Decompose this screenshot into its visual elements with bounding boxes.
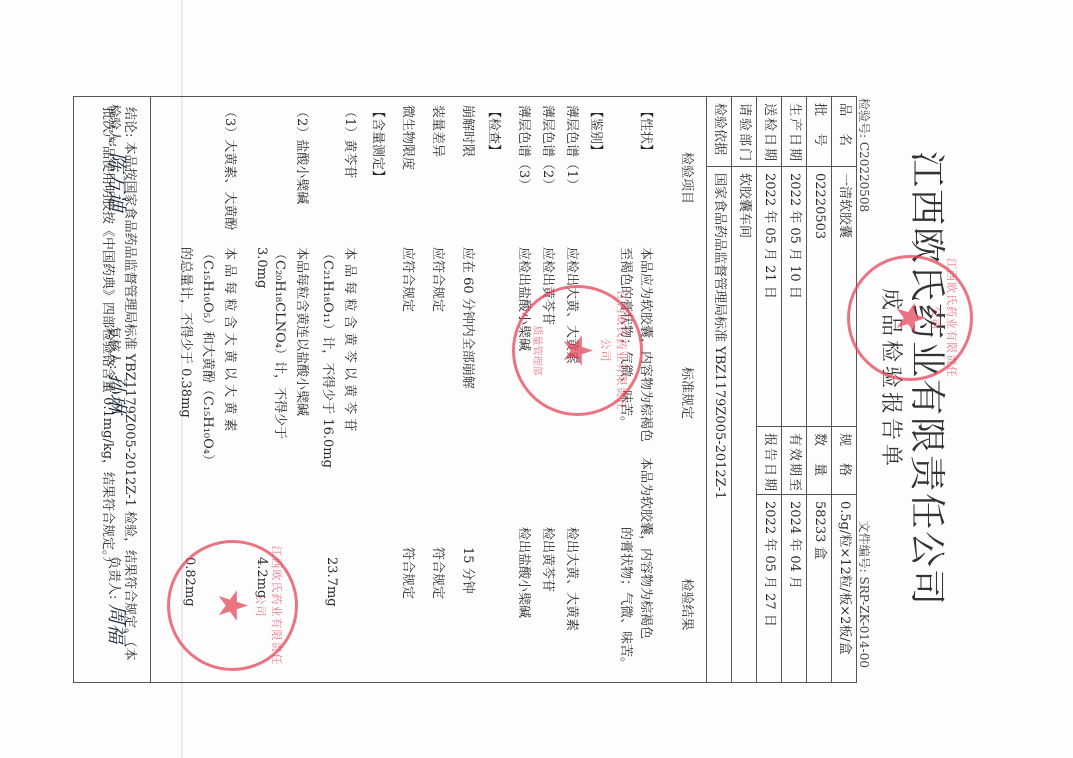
expiry-label: 有效期至 bbox=[781, 427, 806, 495]
loading-result: 符合规定 bbox=[430, 547, 449, 599]
file-number-value: SRP-ZK-014-00 bbox=[857, 577, 871, 668]
baicalin-item: （1）黄芩苷 bbox=[342, 105, 361, 178]
disintegration-standard: 应在 60 分钟内全部崩解 bbox=[460, 247, 479, 389]
column-header-result: 检验结果 bbox=[679, 533, 698, 676]
file-number: 文件编号: SRP-ZK-014-00 bbox=[856, 521, 873, 668]
berberine-standard-2: （C₂₀H₁₈CLNO₄）计，不得少于 bbox=[272, 247, 291, 439]
microbial-result: 符合规定 bbox=[400, 547, 419, 599]
supervisor-label: 负责人: bbox=[106, 556, 121, 599]
tlc3-standard: 应检出盐酸小檗碱 bbox=[516, 247, 535, 351]
berberine-result: 4.2mg bbox=[254, 557, 269, 598]
batch: 02220503 bbox=[806, 167, 831, 427]
quantity: 58233 盒 bbox=[806, 495, 831, 682]
disintegration-item: 崩解时限 bbox=[460, 105, 479, 157]
appearance-result-1: 本品为软胶囊，内容物为棕褐色 bbox=[638, 457, 657, 639]
report-date: 2022 年 05 月 27 日 bbox=[756, 495, 781, 682]
loading-item: 装量差异 bbox=[430, 105, 449, 157]
submission-date-label: 送检日期 bbox=[756, 97, 781, 167]
report-date-label: 报告日期 bbox=[756, 427, 781, 495]
berberine-standard-1: 本品每粒含黄连以盐酸小檗碱 bbox=[294, 247, 313, 416]
basis-label: 检验依据 bbox=[707, 97, 731, 167]
emodin-item: （3）大黄素、大黄酚 bbox=[222, 105, 241, 230]
expiry: 2024 年 04 月 bbox=[781, 495, 806, 682]
column-header-standard: 标准规定 bbox=[679, 253, 698, 533]
berberine-item: （2）盐酸小檗碱 bbox=[294, 105, 313, 204]
emodin-standard-2: （C₁₅H₁₀O₅）和大黄酚（C₁₅H₁₀O₄） bbox=[200, 247, 219, 467]
file-number-label: 文件编号: bbox=[857, 521, 871, 573]
product-info-grid: 品 名 一清软胶囊 规 格 0.5g/粒×12粒/板×2板/盒 批 号 0222… bbox=[731, 97, 856, 682]
tlc2-result: 检出黄芩苷 bbox=[540, 527, 559, 592]
product-name: 一清软胶囊 bbox=[831, 167, 856, 427]
section-inspection: 【检查】 bbox=[486, 105, 505, 157]
tlc3-result: 检出盐酸小檗碱 bbox=[516, 527, 535, 618]
appearance-result-2: 的膏状物；气微、味苦。 bbox=[618, 527, 637, 670]
report-table: 品 名 一清软胶囊 规 格 0.5g/粒×12粒/板×2板/盒 批 号 0222… bbox=[73, 96, 857, 683]
inspector-signature: 陈万迪 bbox=[105, 152, 129, 212]
section-assay: 【含量测定】 bbox=[370, 105, 389, 183]
quantity-label: 数 量 bbox=[806, 427, 831, 495]
emodin-standard-3: 的总量计，不得少于 0.38mg bbox=[178, 247, 197, 418]
column-header-item: 检验项目 bbox=[679, 103, 698, 253]
dept: 软胶囊车间 bbox=[731, 167, 756, 682]
basis: 国家食品药品监督管理局标准 YBZ1179Z005-2012Z-1 bbox=[707, 167, 731, 682]
baicalin-standard-2: （C₂₁H₁₈O₁₁）计，不得少于 16.0mg bbox=[320, 247, 339, 468]
column-headers: 检验项目 标准规定 检验结果 bbox=[671, 97, 706, 682]
baicalin-result: 23.7mg bbox=[324, 557, 339, 607]
inspection-number-label: 检验号: bbox=[857, 98, 871, 138]
loading-standard: 应符合规定 bbox=[430, 247, 449, 312]
section-appearance: 【性状】 bbox=[638, 105, 657, 157]
reviewer-signature: 孙琳 bbox=[105, 374, 129, 414]
microbial-standard: 应符合规定 bbox=[400, 247, 419, 312]
tlc2-standard: 应检出黄芩苷 bbox=[540, 247, 559, 325]
spec-label: 规 格 bbox=[831, 427, 856, 495]
production-date: 2022 年 05 月 10 日 bbox=[781, 167, 806, 427]
emodin-standard-1: 本 品 每 粒 含 大 黄 以 大 黄 素 bbox=[222, 247, 241, 431]
emodin-result: 0.82mg bbox=[182, 557, 197, 607]
dept-label: 请验部门 bbox=[731, 97, 756, 167]
baicalin-standard-1: 本 品 每 粒 含 黄 芩 以 黄 芩 苷 bbox=[342, 247, 361, 431]
spec: 0.5g/粒×12粒/板×2板/盒 bbox=[831, 495, 856, 682]
disintegration-result: 15 分钟 bbox=[460, 547, 479, 594]
section-identification: 【鉴别】 bbox=[588, 105, 607, 157]
inspector-label: 检验人: bbox=[106, 104, 121, 147]
tlc2-item: 薄层色谱（2） bbox=[540, 105, 559, 191]
rotated-document-page: 江西欧氏药业有限责任公司 成品检验报告单 检验号: C20220508 文件编号… bbox=[0, 0, 1073, 758]
meta-row: 检验号: C20220508 文件编号: SRP-ZK-014-00 bbox=[856, 98, 873, 668]
tlc3-item: 薄层色谱（3） bbox=[516, 105, 535, 191]
product-name-label: 品 名 bbox=[831, 97, 856, 167]
inspection-number: 检验号: C20220508 bbox=[856, 98, 873, 212]
tlc1-standard: 应检出大黄、大黄素 bbox=[564, 247, 583, 364]
appearance-standard-1: 本品应为软胶囊，内容物为棕褐色 bbox=[638, 247, 657, 442]
production-date-label: 生产日期 bbox=[781, 97, 806, 167]
reviewer-label: 复核人: bbox=[106, 326, 121, 369]
tlc1-item: 薄层色谱（1） bbox=[564, 105, 583, 191]
tlc1-result: 检出大黄、大黄素 bbox=[564, 527, 583, 631]
batch-label: 批 号 bbox=[806, 97, 831, 167]
berberine-standard-3: 3.0mg bbox=[254, 247, 269, 288]
appearance-standard-2: 至褐色的膏状物；气微、味苦。 bbox=[618, 247, 637, 429]
submission-date: 2022 年 05 月 21 日 bbox=[756, 167, 781, 427]
company-title: 江西欧氏药业有限责任公司 bbox=[904, 0, 955, 758]
results-body: 【性状】 本品应为软胶囊，内容物为棕褐色 至褐色的膏状物；气微、味苦。 本品为软… bbox=[150, 97, 671, 682]
report-title: 成品检验报告单 bbox=[877, 0, 908, 758]
supervisor-signature: 周福 bbox=[105, 604, 129, 644]
microbial-item: 微生物限度 bbox=[400, 105, 419, 170]
inspection-number-value: C20220508 bbox=[857, 142, 871, 212]
basis-row: 检验依据 国家食品药品监督管理局标准 YBZ1179Z005-2012Z-1 bbox=[706, 97, 731, 682]
